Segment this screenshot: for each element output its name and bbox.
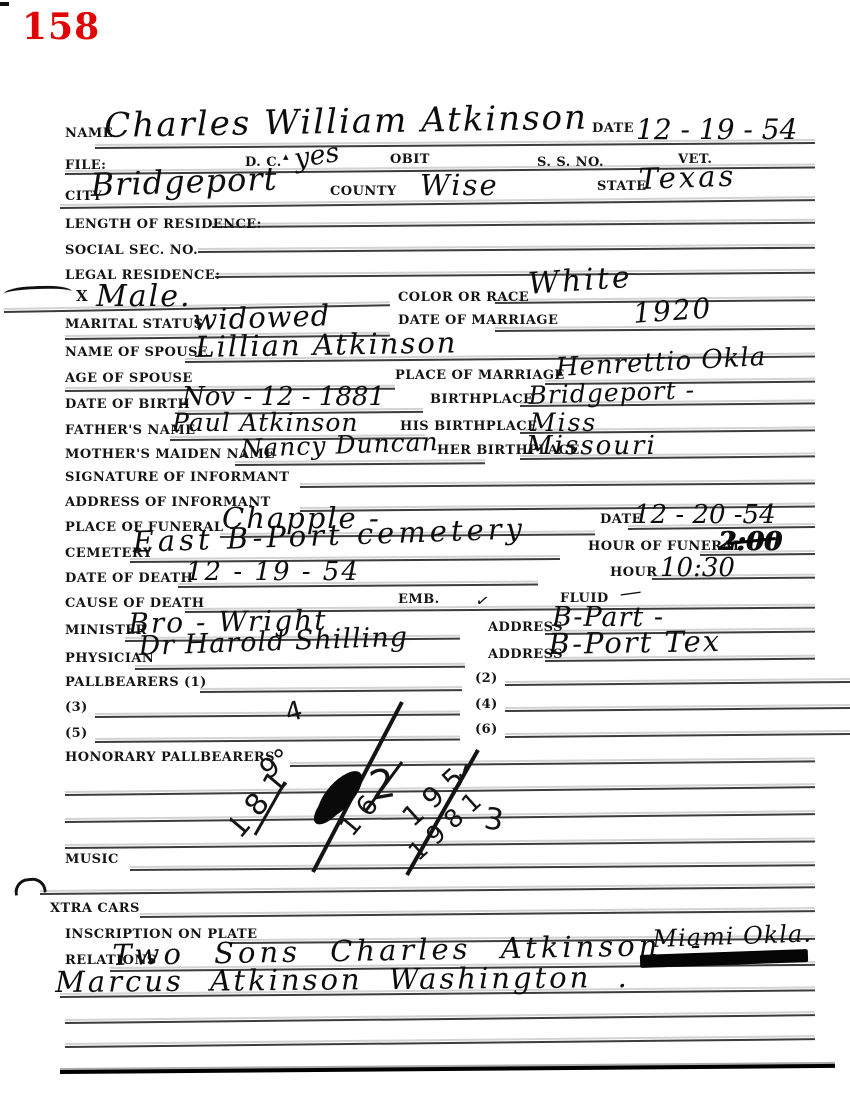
pallbearers-5-label: (5): [65, 726, 88, 741]
rule: [135, 666, 465, 670]
rule: [505, 707, 850, 712]
date-of-death-label: DATE OF DEATH: [65, 571, 193, 586]
state-value: Texas: [638, 159, 737, 196]
scribble-calculations: 4 9° 1 8 1 2 1 6 1 9 5 1 9 8 1 3 ✓: [230, 675, 520, 890]
scribble-digit: 4: [282, 696, 306, 729]
hour-value: 10:30: [660, 553, 735, 583]
date-of-death-value: 12 - 19 - 54: [186, 557, 360, 587]
age-of-spouse-label: AGE OF SPOUSE: [65, 371, 193, 386]
pallbearers-1-label: PALLBEARERS (1): [65, 675, 207, 690]
color-or-race-value: White: [527, 260, 634, 302]
funeral-date-value: 12 - 20 -54: [634, 500, 776, 530]
scribble-digit: 3: [482, 801, 506, 838]
city-value: Bridgeport: [90, 159, 278, 203]
rule: [140, 910, 815, 918]
marital-status-label: MARITAL STATUS: [65, 317, 204, 332]
rule: [505, 681, 850, 686]
pallbearers-3-label: (3): [65, 700, 88, 715]
date-of-marriage-value: 1920: [632, 291, 713, 329]
physician-address-value: B-Port Tex: [548, 624, 721, 661]
mothers-maiden-name-value: Nancy Duncan: [240, 427, 439, 463]
funeral-record-page: 158 NAME DATE FILE: D. C.: [0, 0, 850, 1100]
pen-curl-mark: [13, 876, 46, 895]
pen-squiggle-mark: [4, 285, 72, 302]
sex-x-label: X: [76, 287, 88, 305]
ssno-label: S. S. NO.: [537, 155, 604, 170]
dc-value: yes: [292, 137, 341, 175]
her-birthplace-value: Missouri: [526, 431, 657, 461]
extra-cars-label: XTRA CARS: [50, 901, 140, 916]
birthplace-label: BIRTHPLACE: [430, 392, 533, 407]
social-sec-no-label: SOCIAL SEC. NO.: [65, 243, 198, 258]
scan-edge-mark: [0, 2, 9, 6]
rule: [65, 1014, 815, 1024]
birthplace-value: Bridgeport -: [528, 375, 695, 410]
cemetery-value: East B-Port cemetery: [132, 511, 526, 559]
date-label: DATE: [592, 121, 634, 136]
rule: [505, 733, 850, 738]
pen-caret-mark: ▴: [283, 150, 289, 163]
county-value: Wise: [420, 168, 499, 202]
signature-of-informant-label: SIGNATURE OF INFORMANT: [65, 470, 289, 485]
obit-label: OBIT: [390, 152, 430, 167]
emb-label: EMB.: [398, 592, 440, 607]
relations-line2-value: Marcus Atkinson Washington .: [55, 960, 630, 999]
color-or-race-label: COLOR OR RACE: [398, 290, 529, 305]
name-value: Charles William Atkinson: [104, 98, 588, 146]
date-value: 12 - 19 - 54: [636, 113, 797, 146]
music-label: MUSIC: [65, 852, 119, 867]
length-of-residence-label: LENGTH OF RESIDENCE:: [65, 217, 262, 232]
rule: [65, 1038, 815, 1048]
name-of-spouse-label: NAME OF SPOUSE: [65, 345, 208, 360]
sex-value: Male.: [96, 279, 192, 314]
relations-overwrite-value: Miami Okla.: [652, 919, 812, 953]
rule: [198, 247, 815, 253]
rule: [212, 222, 815, 228]
rule: [215, 272, 815, 278]
rule-bottom-thick: [60, 1064, 835, 1074]
rule: [235, 462, 485, 466]
rule: [300, 482, 815, 488]
name-of-spouse-value: Lillian Atkinson: [195, 325, 458, 364]
county-label: COUNTY: [330, 184, 397, 199]
hour-label: HOUR: [610, 565, 658, 580]
page-number: 158: [22, 6, 100, 48]
